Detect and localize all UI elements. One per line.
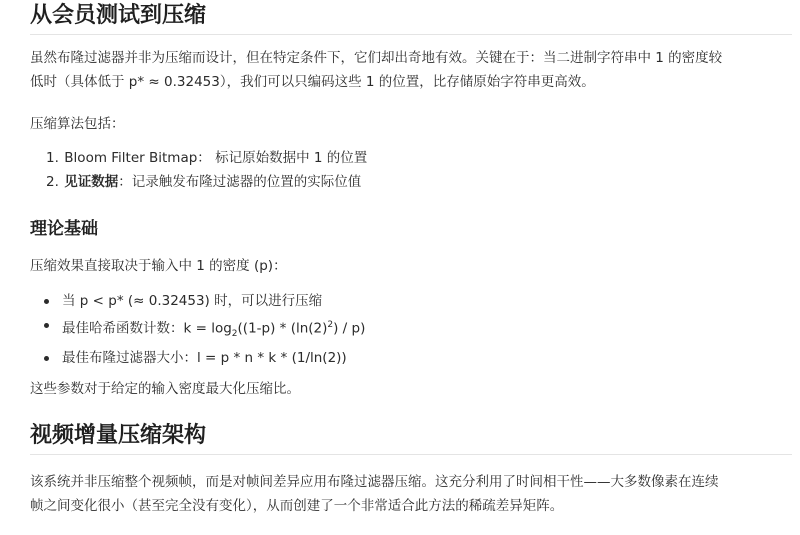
document-page: 从会员测试到压缩 虽然布隆过滤器并非为压缩而设计，但在特定条件下，它们却出奇地有…	[30, 0, 792, 35]
list-label: 最佳哈希函数计数：	[62, 321, 184, 337]
bullet-icon	[44, 299, 49, 304]
video-line-1: 该系统并非压缩整个视频帧，而是对帧间差异应用布隆过滤器压缩。这充分利用了时间相干…	[30, 474, 719, 490]
formula: l = p * n * k * (1/ln(2))	[197, 350, 347, 366]
bullet-icon	[44, 323, 49, 328]
list-number: 2.	[46, 170, 60, 194]
formula-part: k = log	[184, 321, 232, 337]
list-item: 1. Bloom Filter Bitmap： 标记原始数据中 1 的位置	[46, 146, 367, 170]
intro-paragraph: 虽然布隆过滤器并非为压缩而设计，但在特定条件下，它们却出奇地有效。关键在于：当二…	[30, 46, 792, 94]
section-title-video-delta: 视频增量压缩架构	[30, 420, 792, 455]
list-separator: ：	[118, 174, 132, 190]
list-desc: 记录触发布隆过滤器的位置的实际位值	[132, 174, 362, 190]
theory-intro: 压缩效果直接取决于输入中 1 的密度 (p)：	[30, 254, 287, 278]
section-title-membership-to-compression: 从会员测试到压缩	[30, 0, 792, 35]
list-item: 最佳布隆过滤器大小：l = p * n * k * (1/ln(2))	[44, 346, 365, 370]
intro-line-2: 低时（具体低于 p* ≈ 0.32453），我们可以只编码这些 1 的位置，比存…	[30, 74, 595, 90]
video-line-2: 帧之间变化很小（甚至完全没有变化），从而创建了一个非常适合此方法的稀疏差异矩阵。	[30, 498, 563, 514]
algorithm-intro: 压缩算法包括：	[30, 112, 125, 136]
list-item: 当 p < p* (≈ 0.32453) 时，可以进行压缩	[44, 289, 365, 313]
theory-conclusion: 这些参数对于给定的输入密度最大化压缩比。	[30, 377, 300, 401]
list-separator: ：	[197, 150, 211, 166]
list-number: 1.	[46, 146, 60, 170]
list-desc: 标记原始数据中 1 的位置	[215, 150, 367, 166]
list-item: 最佳哈希函数计数：k = log2((1-p) * (ln(2)2) / p)	[44, 313, 365, 346]
list-term: 见证数据	[64, 174, 118, 190]
video-paragraph: 该系统并非压缩整个视频帧，而是对帧间差异应用布隆过滤器压缩。这充分利用了时间相干…	[30, 470, 792, 518]
algorithm-list: 1. Bloom Filter Bitmap： 标记原始数据中 1 的位置 2.…	[30, 146, 367, 194]
bullet-icon	[44, 356, 49, 361]
theory-list: 当 p < p* (≈ 0.32453) 时，可以进行压缩 最佳哈希函数计数：k…	[30, 289, 365, 370]
formula-part: ((1-p) * (ln(2)	[238, 321, 328, 337]
list-item: 2. 见证数据：记录触发布隆过滤器的位置的实际位值	[46, 170, 367, 194]
list-text: 当 p < p* (≈ 0.32453) 时，可以进行压缩	[62, 293, 322, 309]
list-label: 最佳布隆过滤器大小：	[62, 350, 197, 366]
formula-part: ) / p)	[333, 321, 365, 337]
list-term: Bloom Filter Bitmap	[64, 150, 197, 166]
section-title-theory: 理论基础	[30, 218, 98, 240]
intro-line-1: 虽然布隆过滤器并非为压缩而设计，但在特定条件下，它们却出奇地有效。关键在于：当二…	[30, 50, 722, 66]
